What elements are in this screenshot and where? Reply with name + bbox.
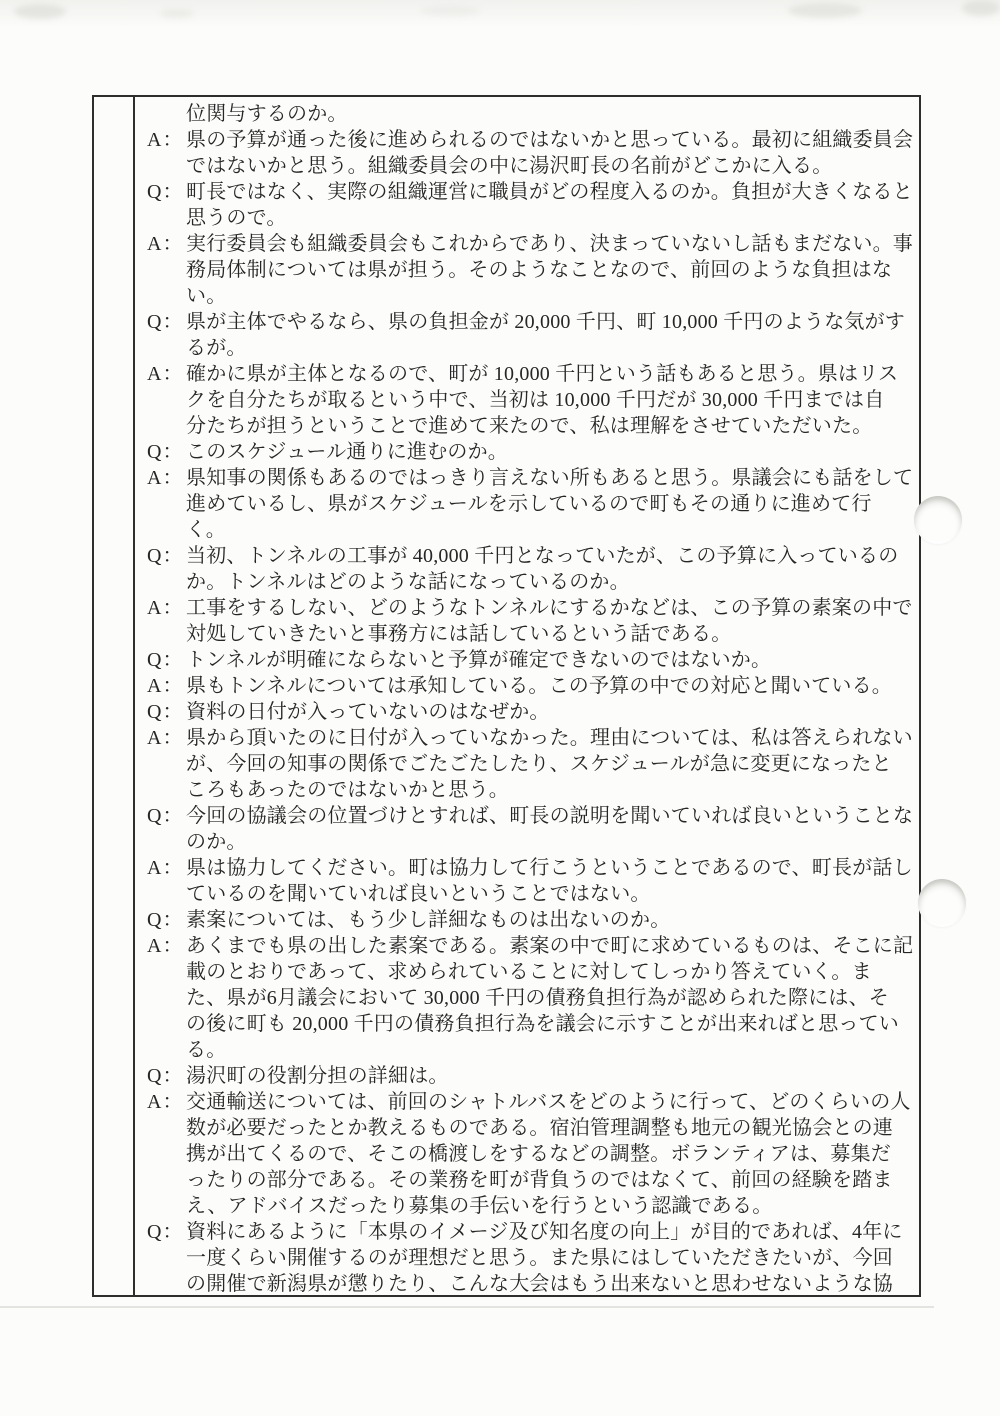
scan-noise-blob xyxy=(962,0,1000,16)
qa-line: トンネルが明確にならないと予算が確定できないのではないか。 xyxy=(186,647,915,673)
qa-entry: A：実行委員会も組織委員会もこれからであり、決まっていないし話もまだない。事務局… xyxy=(147,231,915,309)
qa-entry: Q：今回の協議会の位置づけとすれば、町長の説明を聞いていれば良いということなのか… xyxy=(147,803,915,855)
qa-line: い。 xyxy=(186,283,915,309)
qa-entry: A：県の予算が通った後に進められるのではないかと思っている。最初に組織委員会では… xyxy=(147,127,915,179)
qa-line: ころもあったのではないかと思う。 xyxy=(186,777,915,803)
qa-speaker-label: Q： xyxy=(147,907,186,933)
scan-noise-blob xyxy=(420,6,480,16)
qa-entry: A：県から頂いたのに日付が入っていなかった。理由については、私は答えられないが、… xyxy=(147,725,915,803)
qa-line: 分たちが担うということで進めて来たので、私は理解をさせていただいた。 xyxy=(186,413,915,439)
qa-line: ではないかと思う。組織委員会の中に湯沢町長の名前がどこかに入る。 xyxy=(186,153,915,179)
qa-speaker-label: A： xyxy=(147,933,186,1063)
qa-text: 県もトンネルについては承知している。この予算の中での対応と聞いている。 xyxy=(186,673,915,699)
qa-speaker-label: A： xyxy=(147,465,186,543)
qa-speaker-label: Q： xyxy=(147,543,186,595)
qa-speaker-label: A： xyxy=(147,855,186,907)
qa-speaker-label: A： xyxy=(147,595,186,647)
qa-line: ているのを聞いていれば良いということではない。 xyxy=(186,881,915,907)
qa-speaker-label: A： xyxy=(147,725,186,803)
qa-line: 実行委員会も組織委員会もこれからであり、決まっていないし話もまだない。事 xyxy=(186,231,915,257)
qa-line: 対処していきたいと事務方には話しているという話である。 xyxy=(186,621,915,647)
qa-text: 町長ではなく、実際の組織運営に職員がどの程度入るのか。負担が大きくなると思うので… xyxy=(186,179,915,231)
margin-column xyxy=(94,97,135,1295)
qa-entry: Q：素案については、もう少し詳細なものは出ないのか。 xyxy=(147,907,915,933)
qa-line: の後に町も 20,000 千円の債務負担行為を議会に示すことが出来ればと思ってい xyxy=(186,1011,915,1037)
qa-text: 県知事の関係もあるのではっきり言えない所もあると思う。県議会にも話をして進めてい… xyxy=(186,465,915,543)
qa-speaker-label: Q： xyxy=(147,1219,186,1295)
qa-text: 位関与するのか。 xyxy=(186,101,915,127)
qa-speaker-label: Q： xyxy=(147,1063,186,1089)
qa-entry: A：あくまでも県の出した素案である。素案の中で町に求めているものは、そこに記載の… xyxy=(147,933,915,1063)
qa-line: ったりの部分である。その業務を町が背負うのではなくて、前回の経験を踏ま xyxy=(186,1167,915,1193)
hole-punch xyxy=(914,496,962,544)
scanned-page: 位関与するのか。A：県の予算が通った後に進められるのではないかと思っている。最初… xyxy=(0,0,1000,1416)
qa-line: 県から頂いたのに日付が入っていなかった。理由については、私は答えられない xyxy=(186,725,915,751)
qa-line: 一度くらい開催するのが理想だと思う。また県にはしていただきたいが、今回 xyxy=(186,1245,915,1271)
qa-text: 当初、トンネルの工事が 40,000 千円となっていたが、この予算に入っているの… xyxy=(186,543,915,595)
qa-line: 資料の日付が入っていないのはなぜか。 xyxy=(186,699,915,725)
qa-line: 今回の協議会の位置づけとすれば、町長の説明を聞いていれば良いということな xyxy=(186,803,915,829)
qa-line: 数が必要だったとか教えるものである。宿泊管理調整も地元の観光協会との連 xyxy=(186,1115,915,1141)
qa-line: 県知事の関係もあるのではっきり言えない所もあると思う。県議会にも話をして xyxy=(186,465,915,491)
qa-line: 載のとおりであって、求められていることに対してしっかり答えていく。ま xyxy=(186,959,915,985)
qa-text: あくまでも県の出した素案である。素案の中で町に求めているものは、そこに記載のとお… xyxy=(186,933,915,1063)
qa-entry: A：県は協力してください。町は協力して行こうということであるので、町長が話してい… xyxy=(147,855,915,907)
qa-text: 県は協力してください。町は協力して行こうということであるので、町長が話しているの… xyxy=(186,855,915,907)
qa-line: 進めているし、県がスケジュールを示しているので町もその通りに進めて行 xyxy=(186,491,915,517)
qa-entry: A：県もトンネルについては承知している。この予算の中での対応と聞いている。 xyxy=(147,673,915,699)
qa-text: トンネルが明確にならないと予算が確定できないのではないか。 xyxy=(186,647,915,673)
qa-line: あくまでも県の出した素案である。素案の中で町に求めているものは、そこに記 xyxy=(186,933,915,959)
qa-line: 思うので。 xyxy=(186,205,915,231)
qa-line: 携が出てくるので、そこの橋渡しをするなどの調整。ボランティアは、募集だ xyxy=(186,1141,915,1167)
qa-line: え、アドバイスだったり募集の手伝いを行うという認識である。 xyxy=(186,1193,915,1219)
qa-text: 工事をするしない、どのようなトンネルにするかなどは、この予算の素案の中で対処して… xyxy=(186,595,915,647)
qa-line: 資料にあるように「本県のイメージ及び知名度の向上」が目的であれば、4年に xyxy=(186,1219,915,1245)
qa-speaker-label: A： xyxy=(147,673,186,699)
qa-text: 素案については、もう少し詳細なものは出ないのか。 xyxy=(186,907,915,933)
qa-speaker-label: A： xyxy=(147,361,186,439)
minutes-table: 位関与するのか。A：県の予算が通った後に進められるのではないかと思っている。最初… xyxy=(92,95,921,1297)
qa-entry: Q：湯沢町の役割分担の詳細は。 xyxy=(147,1063,915,1089)
qa-speaker-label: Q： xyxy=(147,179,186,231)
qa-line: るが。 xyxy=(186,335,915,361)
qa-line: 町長ではなく、実際の組織運営に職員がどの程度入るのか。負担が大きくなると xyxy=(186,179,915,205)
qa-entry: A：確かに県が主体となるので、町が 10,000 千円という話もあると思う。県は… xyxy=(147,361,915,439)
scan-noise-blob xyxy=(14,4,66,19)
qa-text: 県から頂いたのに日付が入っていなかった。理由については、私は答えられないが、今回… xyxy=(186,725,915,803)
qa-line: クを自分たちが取るという中で、当初は 10,000 千円だが 30,000 千円… xyxy=(186,387,915,413)
qa-continuation: 位関与するのか。 xyxy=(147,101,915,127)
qa-line: が、今回の知事の関係でごたごたしたり、スケジュールが急に変更になったと xyxy=(186,751,915,777)
paper-edge-shadow xyxy=(0,1306,934,1308)
qa-speaker-label: A： xyxy=(147,1089,186,1219)
scan-noise-blob xyxy=(788,3,862,18)
qa-line: 県は協力してください。町は協力して行こうということであるので、町長が話し xyxy=(186,855,915,881)
qa-line: 確かに県が主体となるので、町が 10,000 千円という話もあると思う。県はリス xyxy=(186,361,915,387)
qa-line: 務局体制については県が担う。そのようなことなので、前回のような負担はな xyxy=(186,257,915,283)
qa-entry: Q：当初、トンネルの工事が 40,000 千円となっていたが、この予算に入ってい… xyxy=(147,543,915,595)
qa-line: く。 xyxy=(186,517,915,543)
qa-text: 資料の日付が入っていないのはなぜか。 xyxy=(186,699,915,725)
qa-speaker-label: Q： xyxy=(147,309,186,361)
qa-entry: Q：県が主体でやるなら、県の負担金が 20,000 千円、町 10,000 千円… xyxy=(147,309,915,361)
qa-text: 今回の協議会の位置づけとすれば、町長の説明を聞いていれば良いということなのか。 xyxy=(186,803,915,855)
qa-line: た、県が6月議会において 30,000 千円の債務負担行為が認められた際には、そ xyxy=(186,985,915,1011)
qa-line: 工事をするしない、どのようなトンネルにするかなどは、この予算の素案の中で xyxy=(186,595,915,621)
qa-speaker-label xyxy=(147,101,186,127)
qa-entry: A：工事をするしない、どのようなトンネルにするかなどは、この予算の素案の中で対処… xyxy=(147,595,915,647)
qa-line: か。トンネルはどのような話になっているのか。 xyxy=(186,569,915,595)
qa-speaker-label: A： xyxy=(147,231,186,309)
qa-entry: Q：町長ではなく、実際の組織運営に職員がどの程度入るのか。負担が大きくなると思う… xyxy=(147,179,915,231)
qa-text: 県の予算が通った後に進められるのではないかと思っている。最初に組織委員会ではない… xyxy=(186,127,915,179)
qa-line: このスケジュール通りに進むのか。 xyxy=(186,439,915,465)
qa-entry: A：県知事の関係もあるのではっきり言えない所もあると思う。県議会にも話をして進め… xyxy=(147,465,915,543)
qa-text: 確かに県が主体となるので、町が 10,000 千円という話もあると思う。県はリス… xyxy=(186,361,915,439)
qa-text: 実行委員会も組織委員会もこれからであり、決まっていないし話もまだない。事務局体制… xyxy=(186,231,915,309)
qa-line: 湯沢町の役割分担の詳細は。 xyxy=(186,1063,915,1089)
qa-line: 当初、トンネルの工事が 40,000 千円となっていたが、この予算に入っているの xyxy=(186,543,915,569)
qa-entry: Q：資料にあるように「本県のイメージ及び知名度の向上」が目的であれば、4年に一度… xyxy=(147,1219,915,1295)
qa-line: の開催で新潟県が懲りたり、こんな大会はもう出来ないと思わせないような協 xyxy=(186,1271,915,1295)
qa-speaker-label: Q： xyxy=(147,439,186,465)
qa-line: 素案については、もう少し詳細なものは出ないのか。 xyxy=(186,907,915,933)
qa-text: 県が主体でやるなら、県の負担金が 20,000 千円、町 10,000 千円のよ… xyxy=(186,309,915,361)
qa-text: 湯沢町の役割分担の詳細は。 xyxy=(186,1063,915,1089)
qa-speaker-label: Q： xyxy=(147,803,186,855)
qa-text: このスケジュール通りに進むのか。 xyxy=(186,439,915,465)
qa-speaker-label: A： xyxy=(147,127,186,179)
qa-line: のか。 xyxy=(186,829,915,855)
scan-noise-blob xyxy=(160,9,194,18)
qa-text: 交通輸送については、前回のシャトルバスをどのように行って、どのくらいの人数が必要… xyxy=(186,1089,915,1219)
qa-entry: A：交通輸送については、前回のシャトルバスをどのように行って、どのくらいの人数が… xyxy=(147,1089,915,1219)
qa-entry: Q：資料の日付が入っていないのはなぜか。 xyxy=(147,699,915,725)
qa-line: 県もトンネルについては承知している。この予算の中での対応と聞いている。 xyxy=(186,673,915,699)
qa-text: 資料にあるように「本県のイメージ及び知名度の向上」が目的であれば、4年に一度くら… xyxy=(186,1219,915,1295)
qa-line: 交通輸送については、前回のシャトルバスをどのように行って、どのくらいの人 xyxy=(186,1089,915,1115)
qa-line: 県が主体でやるなら、県の負担金が 20,000 千円、町 10,000 千円のよ… xyxy=(186,309,915,335)
qa-line: 位関与するのか。 xyxy=(186,101,915,127)
qa-list: 位関与するのか。A：県の予算が通った後に進められるのではないかと思っている。最初… xyxy=(135,97,919,1295)
qa-speaker-label: Q： xyxy=(147,647,186,673)
hole-punch xyxy=(918,879,966,927)
qa-entry: Q：トンネルが明確にならないと予算が確定できないのではないか。 xyxy=(147,647,915,673)
qa-line: 県の予算が通った後に進められるのではないかと思っている。最初に組織委員会 xyxy=(186,127,915,153)
qa-entry: Q：このスケジュール通りに進むのか。 xyxy=(147,439,915,465)
qa-line: る。 xyxy=(186,1037,915,1063)
qa-speaker-label: Q： xyxy=(147,699,186,725)
